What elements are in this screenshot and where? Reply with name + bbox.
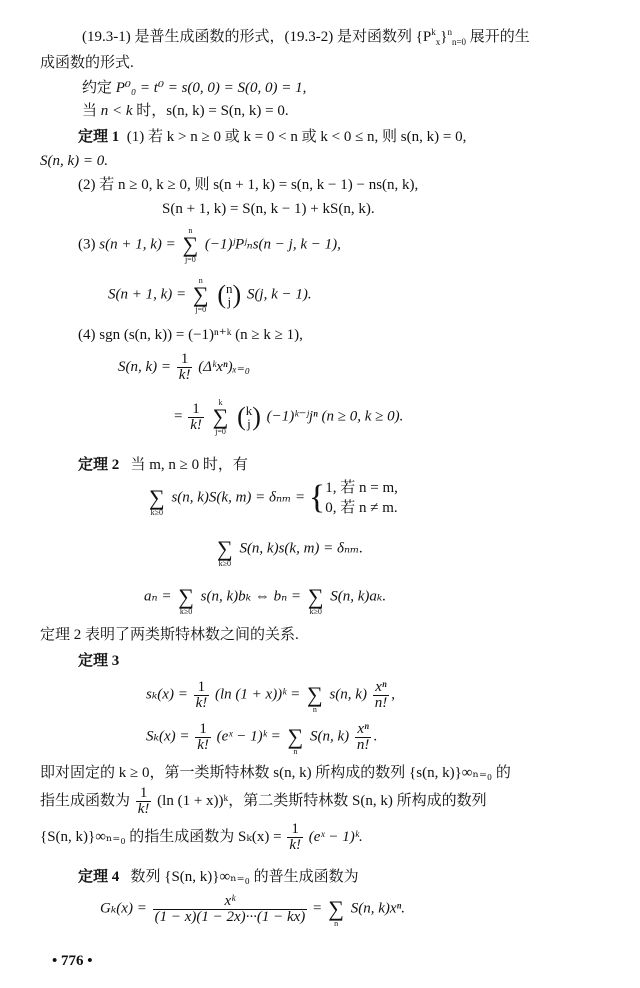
item4-lhs: S(n, k) = xyxy=(118,359,171,375)
seq-sup: k xyxy=(431,27,436,37)
sum-lower: k≥0 xyxy=(178,607,194,616)
frac-num: xᵏ xyxy=(153,894,308,910)
convention-formula: P⁰₀ = t⁰ = s(0, 0) = S(0, 0) = 1, xyxy=(116,80,307,96)
seq-outer-sub: n=0 xyxy=(452,37,466,47)
theorem2-label: 定理 2 xyxy=(78,457,119,473)
fraction: 1k! xyxy=(188,402,204,433)
frac-den: (1 − x)(1 − 2x)···(1 − kx) xyxy=(153,910,308,925)
theorem1-item1-text: (1) 若 k > n ≥ 0 或 k = 0 < n 或 k < 0 ≤ n,… xyxy=(127,129,467,145)
summation-symbol: ∑k≥0 xyxy=(308,578,324,616)
theorem4-label: 定理 4 xyxy=(78,869,119,885)
theorem3-eq1: sₖ(x) = 1k! (ln (1 + x))ᵏ = ∑n s(n, k) x… xyxy=(146,676,395,716)
eq3-rhs: S(n, k)aₖ. xyxy=(330,588,386,604)
fraction: 1k! xyxy=(194,680,210,711)
eq3-mid: s(n, k)bₖ ⇔ bₙ = xyxy=(201,588,301,604)
summation-symbol: ∑k≥0 xyxy=(217,530,233,568)
seq-outer-sup: n xyxy=(447,27,452,37)
when-prefix: 当 xyxy=(82,103,97,119)
frac-den: k! xyxy=(136,802,152,817)
when-line: 当 n < k 时，s(n, k) = S(n, k) = 0. xyxy=(82,102,289,120)
frac-den: k! xyxy=(194,696,210,711)
item3-lhs: s(n + 1, k) = xyxy=(99,236,175,252)
eq3-lhs: aₙ = xyxy=(144,588,171,604)
frac-den: k! xyxy=(177,368,193,383)
when-suffix: 时，s(n, k) = S(n, k) = 0. xyxy=(136,103,288,119)
explain-line2: 指生成函数为 1k! (ln (1 + x))ᵏ，第二类斯特林数 S(n, k)… xyxy=(40,786,487,822)
theorem1-item3-eq1: (3) s(n + 1, k) = n∑j=0 (−1)ʲPʲₙs(n − j,… xyxy=(78,226,341,266)
g-rhs: S(n, k)xⁿ. xyxy=(351,900,405,916)
theorem1-item4-eq1: S(n, k) = 1k! (Δᵏxⁿ)ₓ₌₀ xyxy=(118,352,250,388)
frac-num: 1 xyxy=(188,402,204,418)
frac-den: k! xyxy=(188,418,204,433)
theorem1-item1-line1: 定理 1 (1) 若 k > n ≥ 0 或 k = 0 < n 或 k < 0… xyxy=(78,128,466,146)
item3b-rhs: S(j, k − 1). xyxy=(247,286,312,302)
intro-paragraph-line2: 成函数的形式. xyxy=(40,54,134,72)
summation-symbol: ∑n xyxy=(328,890,344,928)
explain-line1: 即对固定的 k ≥ 0，第一类斯特林数 s(n, k) 所构成的数列 {s(n,… xyxy=(40,764,511,782)
item3b-lhs: S(n + 1, k) = xyxy=(108,286,186,302)
theorem2-eq3: aₙ = ∑k≥0 s(n, k)bₖ ⇔ bₙ = ∑k≥0 S(n, k)a… xyxy=(144,578,386,618)
summation-symbol: k∑j=0 xyxy=(213,398,229,436)
summation-symbol: ∑k≥0 xyxy=(178,578,194,616)
remark-line: 定理 2 表明了两类斯特林数之间的关系. xyxy=(40,626,299,644)
frac-num: xⁿ xyxy=(373,680,390,696)
fraction: xᵏ(1 − x)(1 − 2x)···(1 − kx) xyxy=(153,894,308,925)
explain-2a: 指生成函数为 xyxy=(40,793,130,809)
convention-line: 约定 P⁰₀ = t⁰ = s(0, 0) = S(0, 0) = 1, xyxy=(82,79,306,97)
punct: , xyxy=(391,686,395,702)
frac-den: k! xyxy=(195,738,211,753)
sum-lower: j=0 xyxy=(182,255,198,264)
summation-symbol: ∑n xyxy=(288,718,304,756)
sum-lower: k≥0 xyxy=(217,559,233,568)
intro-paragraph-line1: (19.3-1) 是普生成函数的形式，(19.3-2) 是对函数列 {Pkx}n… xyxy=(82,28,530,46)
summation-symbol: n∑j=0 xyxy=(193,276,209,314)
binomial: (nj) xyxy=(217,282,241,308)
intro-text: (19.3-1) 是普生成函数的形式，(19.3-2) 是对函数列 {P xyxy=(82,29,431,45)
theorem1-label: 定理 1 xyxy=(78,129,119,145)
case-1: 1, 若 n = m, xyxy=(325,478,398,498)
binomial: (kj) xyxy=(237,404,261,430)
delta-expr: (Δᵏxⁿ)ₓ₌₀ xyxy=(198,359,250,375)
explain-2b: (ln (1 + x))ᵏ，第二类斯特林数 S(n, k) 所构成的数列 xyxy=(157,793,486,809)
fraction: 1k! xyxy=(195,722,211,753)
when-condition: n < k xyxy=(101,103,133,119)
page-number: • 776 • xyxy=(52,952,93,970)
eq2-lhs: Sₖ(x) = xyxy=(146,728,190,744)
frac-den: k! xyxy=(287,838,303,853)
g-lhs: Gₖ(x) = xyxy=(100,900,147,916)
fraction: 1k! xyxy=(177,352,193,383)
punct: . xyxy=(373,728,377,744)
sum-lower: k≥0 xyxy=(308,607,324,616)
theorem1-item3-eq2: S(n + 1, k) = n∑j=0 (nj) S(j, k − 1). xyxy=(108,276,312,316)
theorem4-intro: 数列 {S(n, k)}∞ₙ₌₀ 的普生成函数为 xyxy=(131,869,359,885)
theorem3-eq2: Sₖ(x) = 1k! (eˣ − 1)ᵏ = ∑n S(n, k) xⁿn!. xyxy=(146,718,377,758)
theorem1-item2-line2: S(n + 1, k) = S(n, k − 1) + kS(n, k). xyxy=(162,200,375,218)
frac-num: 1 xyxy=(136,786,152,802)
theorem2-eq1: ∑k≥0 s(n, k)S(k, m) = δₙₘ = {1, 若 n = m,… xyxy=(146,478,398,524)
eq1-rhs: s(n, k) xyxy=(329,686,367,702)
frac-num: 1 xyxy=(287,822,303,838)
seq-sub: x xyxy=(436,37,441,47)
case-2: 0, 若 n ≠ m. xyxy=(325,498,398,518)
frac-den: n! xyxy=(355,738,372,753)
theorem2-eq2: ∑k≥0 S(n, k)s(k, m) = δₙₘ. xyxy=(214,530,363,570)
summation-symbol: n∑j=0 xyxy=(182,226,198,264)
frac-num: 1 xyxy=(195,722,211,738)
explain-3a: {S(n, k)}∞ₙ₌₀ 的指生成函数为 Sₖ(x) = xyxy=(40,829,282,845)
eq-sign: = xyxy=(313,900,321,916)
theorem2-intro-line: 定理 2 当 m, n ≥ 0 时，有 xyxy=(78,456,248,474)
eq1-lhs: s(n, k)S(k, m) = δₙₘ = xyxy=(171,489,305,505)
frac-den: n! xyxy=(373,696,390,711)
summation-symbol: ∑n xyxy=(307,676,323,714)
eq1-lhs: sₖ(x) = xyxy=(146,686,188,702)
frac-num: 1 xyxy=(177,352,193,368)
intro-text-end: 展开的生 xyxy=(470,29,530,45)
eq2-rhs: S(n, k) xyxy=(310,728,349,744)
item4-tail: (−1)ᵏ⁻ʲjⁿ (n ≥ 0, k ≥ 0). xyxy=(267,408,404,424)
theorem3-label: 定理 3 xyxy=(78,652,119,670)
frac-num: 1 xyxy=(194,680,210,696)
theorem4-eq: Gₖ(x) = xᵏ(1 − x)(1 − 2x)···(1 − kx) = ∑… xyxy=(100,890,405,930)
summation-symbol: ∑k≥0 xyxy=(149,479,165,517)
fraction: xⁿn! xyxy=(373,680,390,711)
eq2-mid: (eˣ − 1)ᵏ = xyxy=(217,728,281,744)
sum-lower: k≥0 xyxy=(149,508,165,517)
cases-brace: {1, 若 n = m,0, 若 n ≠ m. xyxy=(309,478,398,518)
fraction: 1k! xyxy=(287,822,303,853)
theorem1-item4-line1: (4) sgn (s(n, k)) = (−1)ⁿ⁺ᵏ (n ≥ k ≥ 1), xyxy=(78,326,303,344)
explain-3b: (eˣ − 1)ᵏ. xyxy=(309,829,363,845)
theorem1-item1-line2: S(n, k) = 0. xyxy=(40,152,108,170)
sum-lower: j=0 xyxy=(213,427,229,436)
frac-num: xⁿ xyxy=(355,722,372,738)
theorem4-intro-line: 定理 4 数列 {S(n, k)}∞ₙ₌₀ 的普生成函数为 xyxy=(78,868,359,886)
eq1-mid: (ln (1 + x))ᵏ = xyxy=(215,686,300,702)
theorem1-item2-line1: (2) 若 n ≥ 0, k ≥ 0, 则 s(n + 1, k) = s(n,… xyxy=(78,176,418,194)
theorem2-intro: 当 m, n ≥ 0 时，有 xyxy=(131,457,248,473)
fraction: xⁿn! xyxy=(355,722,372,753)
item3-label: (3) xyxy=(78,236,96,252)
item3-rhs: (−1)ʲPʲₙs(n − j, k − 1), xyxy=(205,236,341,252)
eq2-text: S(n, k)s(k, m) = δₙₘ. xyxy=(239,540,363,556)
fraction: 1k! xyxy=(136,786,152,817)
eq-sign: = xyxy=(174,408,182,424)
explain-line3: {S(n, k)}∞ₙ₌₀ 的指生成函数为 Sₖ(x) = 1k! (eˣ − … xyxy=(40,822,363,858)
convention-label: 约定 xyxy=(82,80,112,96)
theorem1-item4-eq2: = 1k! k∑j=0 (kj) (−1)ᵏ⁻ʲjⁿ (n ≥ 0, k ≥ 0… xyxy=(174,398,403,438)
